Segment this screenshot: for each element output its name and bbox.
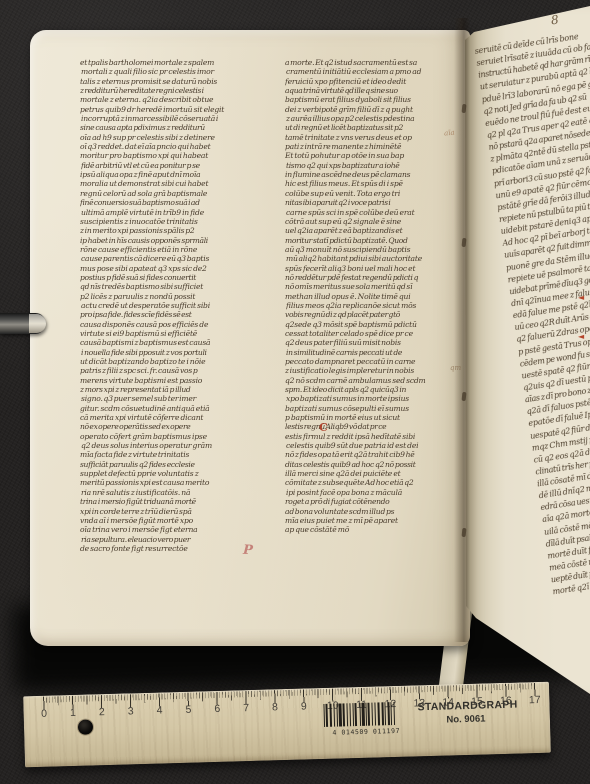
- manuscript-text-line: nō z fides opa tā erit q2ā trahit cib9 h…: [285, 450, 467, 459]
- manuscript-text-line: finē conuersio suā baptismo suā i ad: [80, 198, 268, 207]
- manuscript-text-line: z redditurū hereditate regni celestis i: [80, 86, 268, 95]
- manuscript-text-line: spm. Et ideo dicit apls q2 quicūq3 in: [285, 385, 467, 394]
- manuscript-text-line: fidē arbitriū vtl et cū ea ponitur p se: [81, 161, 269, 170]
- manuscript-text-line: ad bona voluntate scdm illud ps: [285, 507, 467, 516]
- ruler-model-label: No. 9061: [418, 713, 514, 727]
- manuscript-text-line: sufficiāt paruulis q2 fides ecclesie: [80, 460, 268, 469]
- manuscript-text-line: moralia ut demonstrat sibi cui habet: [80, 179, 268, 188]
- folio-number: 8: [550, 13, 559, 28]
- manuscript-text-line: ria nrē salutis z iustificatōis. nā: [81, 488, 269, 497]
- photograph-stage: et tpalis bartholomei mortale z spalemmo…: [0, 0, 590, 784]
- manuscript-text-line: p2 licēs z paruulis z nondū possit: [80, 292, 268, 301]
- manuscript-text-line: peccato dampnaret peccatū in carne: [285, 357, 467, 366]
- manuscript-text-line: cōtrā aut sup eū q2 signale ē sine: [285, 217, 467, 226]
- manuscript-text-line: tismo q2 qui xps baptizatur a iohē: [286, 161, 468, 170]
- manuscript-text-line: vobis regnū di z qd placēt pater gtō: [285, 310, 467, 319]
- manuscript-text-line: ultimā amplē virtutē in trīb9 in fide: [81, 208, 269, 217]
- manuscript-text-line: operato cōfert grām baptismus ipse: [80, 432, 268, 441]
- marginal-note: aīa: [444, 129, 455, 138]
- manuscript-text-line: i nouella fide sibi pposuit z vos portul…: [81, 348, 269, 357]
- manuscript-text-line: p baptismū in mortē eius ut sicut: [285, 413, 467, 422]
- red-paraph-mark: P: [243, 543, 254, 558]
- left-page-column-1: et tpalis bartholomei mortale z spalemmo…: [80, 58, 268, 553]
- manuscript-text-line: in similitudinē carnis peccati ut de: [286, 348, 468, 357]
- manuscript-text-line: petrus quib9 dr heredē imortuū sit elegi…: [80, 105, 268, 114]
- manuscript-text-line: q2sede q3 mōsit spē baptismū pdictū: [285, 320, 467, 329]
- manuscript-text-line: lestis regnū Aliqb9 vō dat pr ce: [285, 422, 467, 431]
- manuscript-text-line: mortali z quali filio sic pr celestis im…: [81, 67, 269, 76]
- manuscript-text-line: oī q3 reddet. dat eī aīa pncio qui habet: [80, 142, 268, 151]
- manuscript-text-line: regnū celorū ad sola grā baptismale: [80, 189, 268, 198]
- ruler-hanging-hole: [78, 719, 93, 734]
- barcode: [323, 702, 396, 727]
- manuscript-text-line: illā merci sine q2ā dei puiciēte et: [285, 469, 467, 478]
- marginal-note: qm: [450, 364, 461, 372]
- manuscript-text-line: nō ex opere operātis sed ex opere: [80, 422, 268, 431]
- manuscript-text-line: xpi in corde terre z trīū dierū spā: [80, 507, 268, 516]
- left-page-column-2: a morte. Et q2 istud sacramentū est sacr…: [285, 58, 467, 535]
- manuscript-text-line: pro ipsa fide. fides scīe fidēs sē est: [80, 310, 268, 319]
- manuscript-text-line: supplet defectū pprie voluntatis z: [80, 469, 268, 478]
- manuscript-text-line: nō reddētur pdē festat regendū pdicti q: [285, 273, 467, 282]
- manuscript-text-line: methan illud opus ē. Nolite timē qui: [285, 292, 467, 301]
- manuscript-text-line: cramentū initiātiū ecclesiam a pmo ad: [286, 67, 468, 76]
- manuscript-text-line: gitur. scdm cōsuetudinē antiquā etiā: [80, 404, 268, 413]
- manuscript-text-line: talis z eternus promisit se daturū nobis: [80, 77, 268, 86]
- manuscript-text-line: ip habet in hīs causis opponēs sprmāli: [80, 236, 268, 245]
- manuscript-text-line: sine causa apta pdiximus z redditurū: [80, 123, 268, 132]
- metal-pointer: [0, 313, 46, 334]
- manuscript-text-line: signo. q3 puer semel sub ter imer: [81, 394, 269, 403]
- manuscript-text-line: aū q3 monuīt nō suscipiendū baptis: [285, 245, 467, 254]
- manuscript-text-line: merens virtute baptismi est passio: [80, 376, 268, 385]
- manuscript-text-line: a morte. Et q2 istud sacramentū est sa: [285, 58, 467, 67]
- manuscript-text-line: postius p fidē suā si fides conuertit: [80, 273, 268, 282]
- manuscript-text-line: meritū passionis xpi est causa merito: [80, 478, 268, 487]
- manuscript-text-line: nō omīs meritus sue sola meritū qd sī: [285, 282, 467, 291]
- manuscript-text-line: de sacro fonte figt resurrectōe: [80, 544, 268, 553]
- manuscript-text-line: cause parentis cā dicere eū q3 baptis: [81, 254, 269, 263]
- manuscript-text-line: cōmitate z subsequēte Ad hoc etiā q2: [285, 478, 467, 487]
- manuscript-text-line: moritur statī pdictū baptizatē. Quod: [285, 236, 467, 245]
- manuscript-text-line: oīa trina vero i mersōe figt eterna: [80, 525, 268, 534]
- rubricated-initial: C: [319, 421, 328, 434]
- manuscript-text-line: oīa ad h9 sup pr celestis sibi z detiner…: [80, 133, 268, 142]
- manuscript-text-line: cā merita xpi virtutē cōferre dicant: [80, 413, 268, 422]
- measuring-ruler: 01234567891011121314151617 4 014509 0111…: [23, 682, 551, 768]
- manuscript-text-line: et tpalis bartholomei mortale z spalem: [80, 58, 268, 67]
- manuscript-text-line: carne spūs sci in spē colūbe deū erat: [286, 208, 468, 217]
- manuscript-text-line: estis firmul z reddit ipsā hedītatē sibi: [285, 432, 467, 441]
- manuscript-text-line: q2 deus solus interius operatur grām: [81, 441, 269, 450]
- manuscript-text-line: moritur pro baptismo xpi qui habeat: [80, 151, 268, 160]
- manuscript-text-line: mū aliq2 habitant pdiui sibi auctoritate: [286, 254, 468, 263]
- manuscript-text-line: virtute si ei9 baptismū si efficiētē: [80, 329, 268, 338]
- manuscript-text-line: Et totū pohutur ap otōe in sua bap: [285, 151, 467, 160]
- manuscript-text-line: baptizati sumus cōsepulti eī sumus: [285, 404, 467, 413]
- manuscript-text-line: z in merito xpi passionis spālis p2: [80, 226, 268, 235]
- manuscript-text-line: dei z verbipotē grīm filiū dī z q pught: [285, 105, 467, 114]
- red-margin-arrow: ◄: [578, 293, 584, 302]
- ruler-brand-label: STANDARDGRAPH: [417, 699, 513, 714]
- manuscript-text-line: xpo baptizati sumus in morte ipsius: [286, 394, 468, 403]
- manuscript-text-line: celestis quib9 sūt due patria id est dei: [286, 441, 468, 450]
- manuscript-text-line: z mors xpi z representat iā p illud: [80, 385, 268, 394]
- manuscript-text-line: nitas ibi aparuit q2 i voce patris i: [285, 198, 467, 207]
- manuscript-text-line: suscipientis z inuocatōe trinitatis: [80, 217, 268, 226]
- manuscript-text-line: rōne cause efficientis etiā in rōne: [80, 245, 268, 254]
- manuscript-text-line: ria sepultura. eleuacio vero puer: [81, 535, 269, 544]
- manuscript-text-line: roget a prō di fugiat cōtēnendo: [285, 497, 467, 506]
- manuscript-text-line: tamē trinitate z vns verus deus et op: [285, 133, 467, 142]
- right-page-text: seruitē cū deīde cū lrīs boneseruiet lrī…: [474, 25, 590, 599]
- barcode-digits: 4 014509 011197: [318, 726, 414, 737]
- manuscript-text-line: filius meos q2ia replicanōe sicut mōs: [286, 301, 468, 310]
- manuscript-text-line: ipsū aliqua opa z finē aput dnī moīa: [80, 170, 268, 179]
- manuscript-text-line: trina i mersio figūt triduanā mortē: [80, 497, 268, 506]
- manuscript-text-line: mus pose sibi apateat q3 xps sic de2: [80, 264, 268, 273]
- manuscript-text-line: feruiciū xpo pfitenciū et ideo dedit: [285, 77, 467, 86]
- manuscript-text-line: mīa eius puiet me z mī pē aparet: [285, 516, 467, 525]
- manuscript-text-line: baptismū erat filius dyaboli sit filius: [285, 95, 467, 104]
- manuscript-text-line: spūs fecerīt aliq3 boni uel mali hoc et: [285, 264, 467, 273]
- manuscript-text-line: causa disponēs causā pos efficiēs de: [80, 320, 268, 329]
- manuscript-text-line: cessat totaliter celado spē dice pr ce: [285, 329, 467, 338]
- manuscript-text-line: uel q2ia aparēt z eā baptizandis et: [285, 226, 467, 235]
- manuscript-text-line: ut di regnū et licēt baptizatus sit p2: [285, 123, 467, 132]
- manuscript-text-line: hic est filius meus. Et spūs di i spē: [285, 179, 467, 188]
- manuscript-text-line: patris z filii z spc sci. fr. causā vos …: [80, 366, 268, 375]
- manuscript-text-line: aqua trinā virtutē qd ille q sine suo: [285, 86, 467, 95]
- manuscript-text-line: qd nīs tredēs baptismo sibi sufficiet: [80, 282, 268, 291]
- manuscript-text-line: mortale z eterna. q2ia describit obtue: [80, 95, 268, 104]
- manuscript-text-line: ap que cōstātē mō: [285, 525, 467, 534]
- manuscript-right-page: seruitē cū deīde cū lrīs boneseruiet lrī…: [462, 0, 590, 700]
- manuscript-text-line: in flumine ascēdne deus pē clamans: [285, 170, 467, 179]
- manuscript-text-line: mīa facta fide z virtute trinitatis: [80, 450, 268, 459]
- manuscript-text-line: pati z intrā re manente z himinētē: [285, 142, 467, 151]
- manuscript-text-line: q2 nō scdm carnē ambulamus sed scdm: [285, 376, 467, 385]
- manuscript-text-line: vnda aī i mersōe figūt mortē xpo: [80, 516, 268, 525]
- manuscript-text-line: z iustificatio legis impleretur in nobis: [285, 366, 467, 375]
- manuscript-text-line: colūbe sup eū venit. Tota ergo tri: [285, 189, 467, 198]
- manuscript-text-line: q2 deus pater filiū suū misit nobis: [285, 338, 467, 347]
- manuscript-text-line: z aurēa illius opa p2 celestis pdestina: [286, 114, 468, 123]
- manuscript-text-line: ut dicāt baptizando baptizo te i nōie: [80, 357, 268, 366]
- manuscript-text-line: incorruptā z inmarcessibilē cōseruatā i: [81, 114, 269, 123]
- manuscript-text-line: causā baptismi z baptismus est causā: [80, 338, 268, 347]
- manuscript-text-line: ipi posint facē opa bona z māculā: [286, 488, 468, 497]
- manuscript-text-line: actu credē ut desperatōe sufficit sibi: [81, 301, 269, 310]
- manuscript-text-line: ditas celestis quib9 ad hoc q2 nō possit: [285, 460, 467, 469]
- red-margin-arrow: ◄: [578, 332, 584, 341]
